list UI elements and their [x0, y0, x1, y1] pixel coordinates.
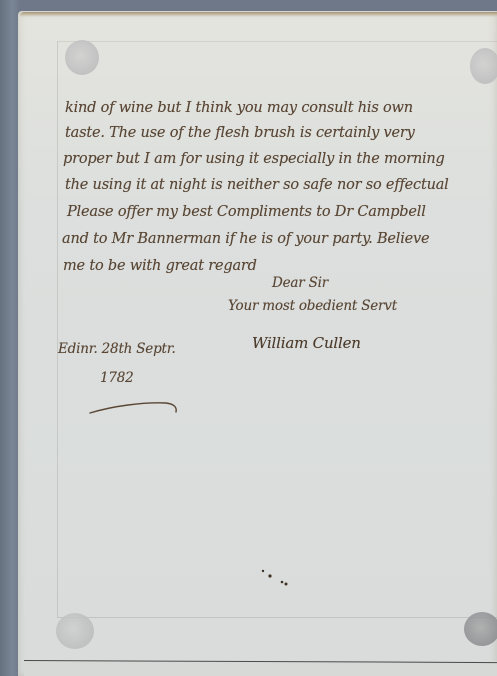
dateline-year: 1782	[100, 372, 134, 386]
letter-line-4: the using it at night is neither so safe…	[65, 178, 449, 193]
dateline-place-date: Edinr. 28th Septr.	[58, 343, 176, 357]
wax-mark-bottom-left	[56, 613, 94, 649]
wax-mark-bottom-right	[464, 612, 497, 646]
signature: William Cullen	[252, 336, 361, 351]
letter-line-3: proper but I am for using it especially …	[63, 152, 445, 167]
underline-flourish	[88, 396, 178, 416]
letter-line-1: kind of wine but I think you may consult…	[65, 101, 413, 116]
letter-line-7: me to be with great regard	[63, 259, 257, 274]
lower-sheet-edge	[24, 661, 497, 676]
page-top-edge	[20, 12, 497, 17]
valediction: Your most obedient Servt	[228, 300, 397, 314]
letter-line-5: Please offer my best Compliments to Dr C…	[67, 205, 426, 220]
wax-mark-top-right	[470, 48, 497, 84]
letter-line-6: and to Mr Bannerman if he is of your par…	[62, 232, 429, 247]
wax-mark-top-left	[65, 40, 99, 75]
letter-line-2: taste. The use of the flesh brush is cer…	[65, 126, 415, 141]
salutation: Dear Sir	[272, 277, 328, 291]
ink-specks	[255, 568, 295, 588]
